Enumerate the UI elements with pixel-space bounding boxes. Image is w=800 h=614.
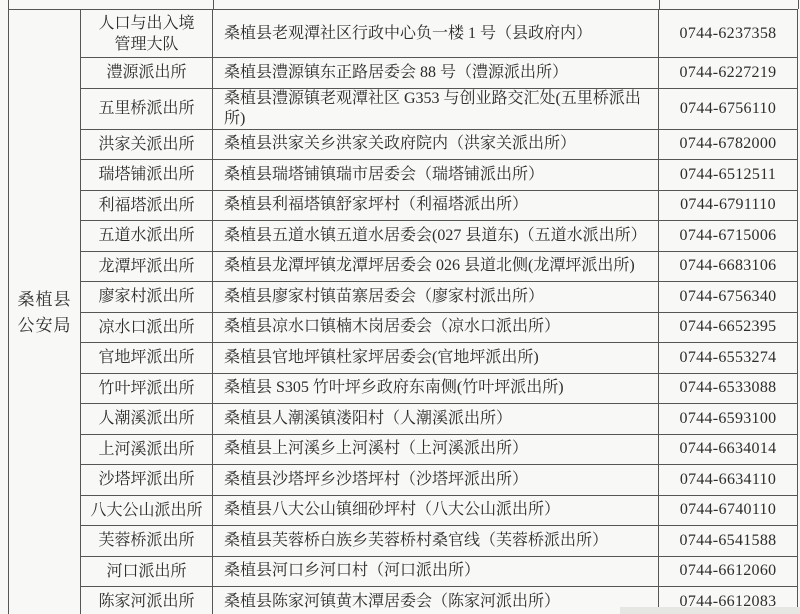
phone-cell: 0744-6541588 — [659, 526, 798, 557]
scan-shadow — [620, 607, 800, 614]
name-cell: 五里桥派出所 — [81, 88, 213, 129]
name-cell: 上河溪派出所 — [81, 434, 213, 465]
phone-cell: 0744-6782000 — [659, 129, 798, 160]
table-row: 八大公山派出所桑植县八大公山镇细砂坪村（八大公山派出所）0744-6740110 — [9, 495, 798, 526]
phone-cell: 0744-6237358 — [659, 10, 798, 58]
name-cell: 瑞塔铺派出所 — [81, 160, 213, 191]
phone-cell: 0744-6756110 — [659, 88, 798, 129]
name-cell: 廖家村派出所 — [81, 282, 213, 313]
table-row: 瑞塔铺派出所桑植县瑞塔铺镇瑞市居委会（瑞塔铺派出所）0744-6512511 — [9, 160, 798, 191]
table-row: 廖家村派出所桑植县廖家村镇苗寨居委会（廖家村派出所）0744-6756340 — [9, 282, 798, 313]
phone-cell: 0744-6756340 — [659, 282, 798, 313]
name-cell: 河口派出所 — [81, 556, 213, 587]
table-row: 河口派出所桑植县河口乡河口村（河口派出所）0744-6612060 — [9, 556, 798, 587]
table-row: 利福塔派出所桑植县利福塔镇舒家坪村（利福塔派出所）0744-6791110 — [9, 190, 798, 221]
address-cell: 桑植县老观潭社区行政中心负一楼 1 号（县政府内） — [213, 10, 659, 58]
table-row: 上河溪派出所桑植县上河溪乡上河溪村（上河溪派出所）0744-6634014 — [9, 434, 798, 465]
address-cell: 桑植县河口乡河口村（河口派出所） — [213, 556, 659, 587]
phone-cell: 0744-6740110 — [659, 495, 798, 526]
table-row: 龙潭坪派出所桑植县龙潭坪镇龙潭坪居委会 026 县道北侧(龙潭坪派出所)0744… — [9, 251, 798, 282]
partial-top-row — [8, 0, 799, 9]
table-row: 官地坪派出所桑植县官地坪镇杜家坪居委会(官地坪派出所)0744-6553274 — [9, 343, 798, 374]
table-row: 人潮溪派出所桑植县人潮溪镇溇阳村（人潮溪派出所）0744-6593100 — [9, 404, 798, 435]
address-cell: 桑植县龙潭坪镇龙潭坪居委会 026 县道北侧(龙潭坪派出所) — [213, 251, 659, 282]
name-cell: 八大公山派出所 — [81, 495, 213, 526]
name-cell: 官地坪派出所 — [81, 343, 213, 374]
address-cell: 桑植县人潮溪镇溇阳村（人潮溪派出所） — [213, 404, 659, 435]
phone-cell: 0744-6227219 — [659, 58, 798, 89]
address-cell: 桑植县芙蓉桥白族乡芙蓉桥村桑官线（芙蓉桥派出所） — [213, 526, 659, 557]
table-gridline — [213, 0, 214, 9]
phone-cell: 0744-6634110 — [659, 465, 798, 496]
address-cell: 桑植县瑞塔铺镇瑞市居委会（瑞塔铺派出所） — [213, 160, 659, 191]
table-row: 五道水派出所桑植县五道水镇五道水居委会(027 县道东)（五道水派出所）0744… — [9, 221, 798, 252]
phone-cell: 0744-6652395 — [659, 312, 798, 343]
address-cell: 桑植县沙塔坪乡沙塔坪村（沙塔坪派出所） — [213, 465, 659, 496]
name-cell: 洪家关派出所 — [81, 129, 213, 160]
name-cell: 沙塔坪派出所 — [81, 465, 213, 496]
phone-cell: 0744-6512511 — [659, 160, 798, 191]
phone-cell: 0744-6553274 — [659, 343, 798, 374]
org-cell: 桑植县 公安局 — [9, 10, 81, 614]
scanned-document-page: 桑植县 公安局人口与出入境 管理大队桑植县老观潭社区行政中心负一楼 1 号（县政… — [0, 0, 800, 614]
name-cell: 龙潭坪派出所 — [81, 251, 213, 282]
table-row: 芙蓉桥派出所桑植县芙蓉桥白族乡芙蓉桥村桑官线（芙蓉桥派出所）0744-65415… — [9, 526, 798, 557]
table-row: 洪家关派出所桑植县洪家关乡洪家关政府院内（洪家关派出所）0744-6782000 — [9, 129, 798, 160]
phone-cell: 0744-6683106 — [659, 251, 798, 282]
name-cell: 五道水派出所 — [81, 221, 213, 252]
address-cell: 桑植县陈家河镇黄木潭居委会（陈家河派出所） — [213, 587, 659, 614]
phone-cell: 0744-6791110 — [659, 190, 798, 221]
table-row: 凉水口派出所桑植县凉水口镇楠木岗居委会（凉水口派出所）0744-6652395 — [9, 312, 798, 343]
address-cell: 桑植县澧源镇东正路居委会 88 号（澧源派出所） — [213, 58, 659, 89]
police-contact-table: 桑植县 公安局人口与出入境 管理大队桑植县老观潭社区行政中心负一楼 1 号（县政… — [8, 0, 799, 614]
address-cell: 桑植县利福塔镇舒家坪村（利福塔派出所） — [213, 190, 659, 221]
name-cell: 芙蓉桥派出所 — [81, 526, 213, 557]
name-cell: 人潮溪派出所 — [81, 404, 213, 435]
address-cell: 桑植县廖家村镇苗寨居委会（廖家村派出所） — [213, 282, 659, 313]
table-gridline — [659, 0, 660, 9]
table-row: 五里桥派出所桑植县澧源镇老观潭社区 G353 与创业路交汇处(五里桥派出所)07… — [9, 88, 798, 129]
phone-cell: 0744-6533088 — [659, 373, 798, 404]
phone-cell: 0744-6634014 — [659, 434, 798, 465]
phone-cell: 0744-6612060 — [659, 556, 798, 587]
address-cell: 桑植县 S305 竹叶坪乡政府东南侧(竹叶坪派出所) — [213, 373, 659, 404]
address-cell: 桑植县五道水镇五道水居委会(027 县道东)（五道水派出所） — [213, 221, 659, 252]
phone-cell: 0744-6715006 — [659, 221, 798, 252]
name-cell: 凉水口派出所 — [81, 312, 213, 343]
name-cell: 竹叶坪派出所 — [81, 373, 213, 404]
table-row: 沙塔坪派出所桑植县沙塔坪乡沙塔坪村（沙塔坪派出所）0744-6634110 — [9, 465, 798, 496]
contact-table: 桑植县 公安局人口与出入境 管理大队桑植县老观潭社区行政中心负一楼 1 号（县政… — [8, 9, 798, 614]
address-cell: 桑植县凉水口镇楠木岗居委会（凉水口派出所） — [213, 312, 659, 343]
table-row: 澧源派出所桑植县澧源镇东正路居委会 88 号（澧源派出所）0744-622721… — [9, 58, 798, 89]
name-cell: 陈家河派出所 — [81, 587, 213, 614]
address-cell: 桑植县洪家关乡洪家关政府院内（洪家关派出所） — [213, 129, 659, 160]
address-cell: 桑植县澧源镇老观潭社区 G353 与创业路交汇处(五里桥派出所) — [213, 88, 659, 129]
address-cell: 桑植县八大公山镇细砂坪村（八大公山派出所） — [213, 495, 659, 526]
name-cell: 人口与出入境 管理大队 — [81, 10, 213, 58]
table-row: 竹叶坪派出所桑植县 S305 竹叶坪乡政府东南侧(竹叶坪派出所)0744-653… — [9, 373, 798, 404]
address-cell: 桑植县上河溪乡上河溪村（上河溪派出所） — [213, 434, 659, 465]
phone-cell: 0744-6593100 — [659, 404, 798, 435]
table-row: 桑植县 公安局人口与出入境 管理大队桑植县老观潭社区行政中心负一楼 1 号（县政… — [9, 10, 798, 58]
address-cell: 桑植县官地坪镇杜家坪居委会(官地坪派出所) — [213, 343, 659, 374]
name-cell: 澧源派出所 — [81, 58, 213, 89]
table-body: 桑植县 公安局人口与出入境 管理大队桑植县老观潭社区行政中心负一楼 1 号（县政… — [9, 10, 798, 614]
name-cell: 利福塔派出所 — [81, 190, 213, 221]
